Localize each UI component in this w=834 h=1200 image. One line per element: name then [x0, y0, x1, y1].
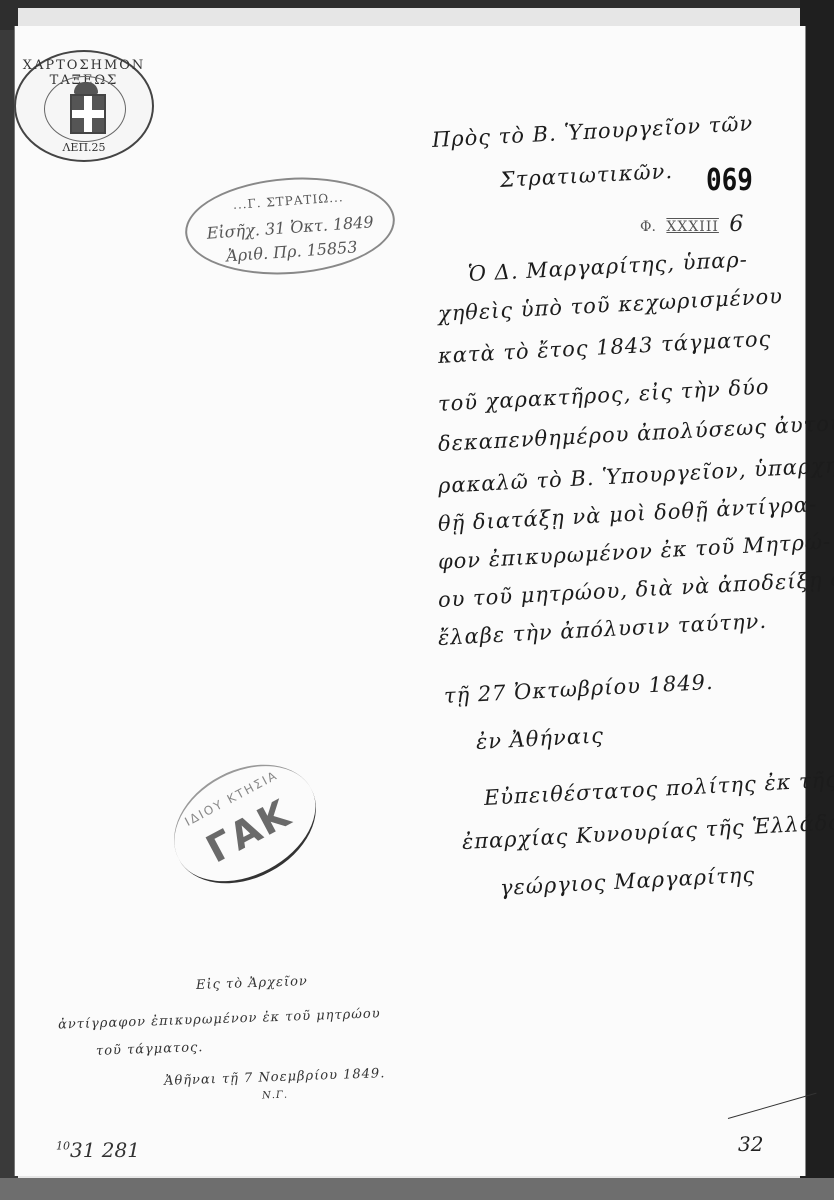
file-reference-prefix: Φ.	[640, 219, 656, 235]
file-mark-superscript: 10	[56, 1139, 70, 1152]
file-reference: Φ. XXXIII 6	[640, 212, 743, 237]
crown-icon	[74, 82, 98, 94]
document-page	[14, 26, 806, 1176]
document-number: 069	[706, 164, 753, 199]
marginal-note-initials: Ν.Γ.	[262, 1090, 288, 1102]
file-mark-number: 31 281	[70, 1138, 140, 1162]
revenue-stamp: ΧΑΡΤΟΣΗΜΟΝ ΤΑΞΕΩΣ ΛΕΠ.25	[14, 50, 154, 162]
file-reference-roman: XXXIII	[666, 219, 719, 235]
scan-background-bottom	[0, 1178, 834, 1200]
coat-of-arms-icon	[70, 94, 106, 134]
file-mark: 1031 281	[56, 1138, 140, 1162]
revenue-stamp-value: ΛΕΠ.25	[16, 141, 152, 154]
file-reference-number: 6	[729, 212, 743, 237]
page-mark: 32	[738, 1132, 763, 1156]
